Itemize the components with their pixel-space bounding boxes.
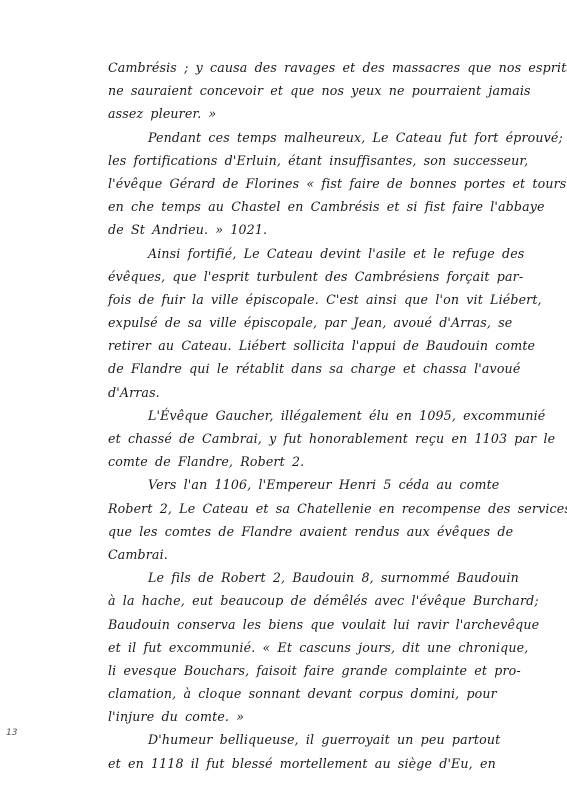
text-line: que les comtes de Flandre avaient rendus… [108,520,538,543]
text-line: Pendant ces temps malheureux, Le Cateau … [108,126,538,149]
text-line: Vers l'an 1106, l'Empereur Henri 5 céda … [108,473,538,496]
text-line: fois de fuir la ville épiscopale. C'est … [108,288,538,311]
text-line: l'injure du comte. » [108,705,538,728]
text-line: l'évêque Gérard de Florines « fist faire… [108,172,538,195]
text-line: L'Évêque Gaucher, illégalement élu en 10… [108,404,538,427]
text-line: Robert 2, Le Cateau et sa Chatellenie en… [108,497,538,520]
text-line: de St Andrieu. » 1021. [108,218,538,241]
text-line: comte de Flandre, Robert 2. [108,450,538,473]
text-line: Le fils de Robert 2, Baudouin 8, surnomm… [108,566,538,589]
page-number: 13 [6,728,17,738]
text-line: d'Arras. [108,381,538,404]
text-line: et en 1118 il fut blessé mortellement au… [108,752,538,775]
text-line: et il fut excommunié. « Et cascuns jours… [108,636,538,659]
text-line: de Flandre qui le rétablit dans sa charg… [108,357,538,380]
text-line: Baudouin conserva les biens que voulait … [108,613,538,636]
text-line: D'humeur belliqueuse, il guerroyait un p… [108,728,538,751]
text-line: clamation, à cloque sonnant devant corpu… [108,682,538,705]
text-line: en che temps au Chastel en Cambrésis et … [108,195,538,218]
manuscript-page: Cambrésis ; y causa des ravages et des m… [0,0,567,800]
text-line: retirer au Cateau. Liébert sollicita l'a… [108,334,538,357]
text-line: Cambrésis ; y causa des ravages et des m… [108,56,538,79]
text-line: li evesque Bouchars, faisoit faire grand… [108,659,538,682]
text-line: Cambrai. [108,543,538,566]
text-line: à la hache, eut beaucoup de démêlés avec… [108,589,538,612]
text-line: ne sauraient concevoir et que nos yeux n… [108,79,538,102]
text-line: et chassé de Cambrai, y fut honorablemen… [108,427,538,450]
text-line: les fortifications d'Erluin, étant insuf… [108,149,538,172]
text-line: assez pleurer. » [108,102,538,125]
handwritten-text-body: Cambrésis ; y causa des ravages et des m… [108,56,538,775]
text-line: évêques, que l'esprit turbulent des Camb… [108,265,538,288]
text-line: expulsé de sa ville épiscopale, par Jean… [108,311,538,334]
text-line: Ainsi fortifié, Le Cateau devint l'asile… [108,242,538,265]
